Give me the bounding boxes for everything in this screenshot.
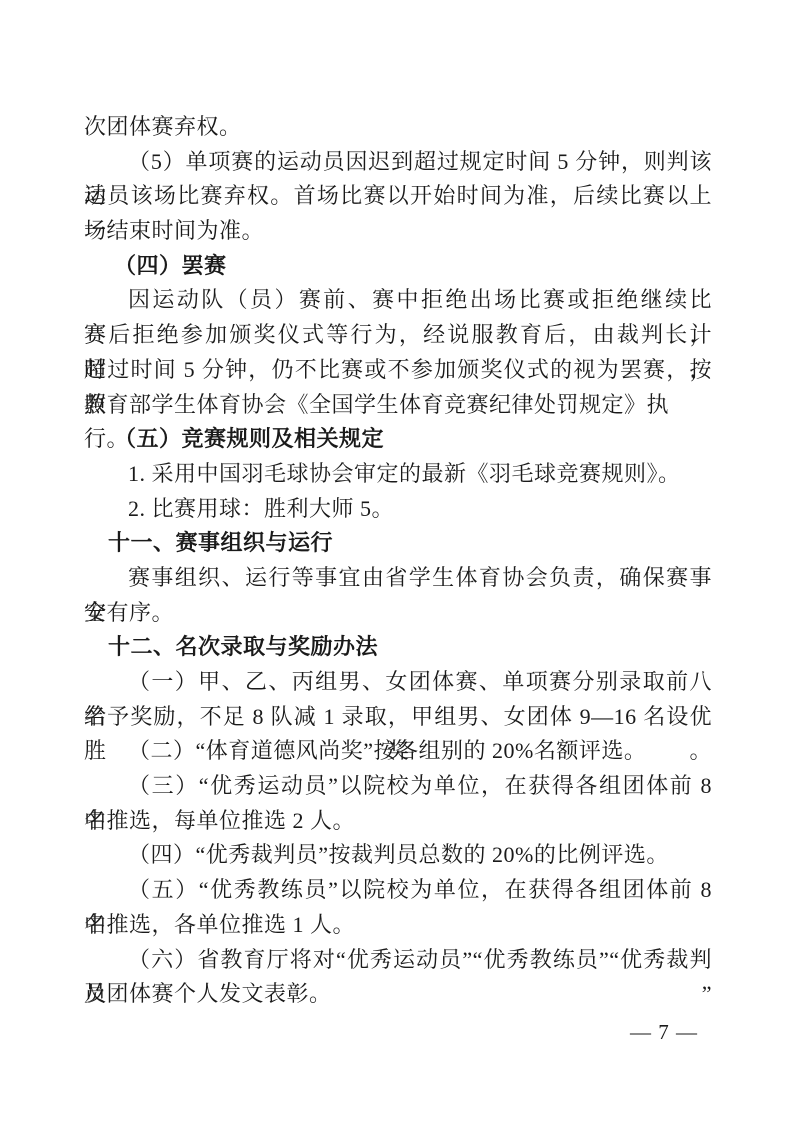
subsection-heading: （五）竞赛规则及相关规定 bbox=[84, 422, 712, 457]
paragraph-line: （六）省教育厅将对“优秀运动员”“优秀教练员”“优秀裁判员” bbox=[84, 943, 712, 978]
paragraph-line: 场结束时间为准。 bbox=[84, 214, 712, 249]
section-heading: 十二、名次录取与奖励办法 bbox=[84, 630, 712, 665]
paragraph-line: 中推选，各单位推选 1 人。 bbox=[84, 908, 712, 943]
page-number: — 7 — bbox=[630, 1015, 698, 1050]
paragraph-line: 2. 比赛用球：胜利大师 5。 bbox=[84, 492, 712, 527]
paragraph-line: 赛后拒绝参加颁奖仪式等行为，经说服教育后，由裁判长计时， bbox=[84, 318, 712, 353]
paragraph-line: 中推选，每单位推选 2 人。 bbox=[84, 804, 712, 839]
paragraph-line: （二）“体育道德风尚奖”按各组别的 20%名额评选。 bbox=[84, 734, 712, 769]
paragraph-line: 1. 采用中国羽毛球协会审定的最新《羽毛球竞赛规则》。 bbox=[84, 457, 712, 492]
subsection-heading: （四）罢赛 bbox=[84, 249, 712, 284]
paragraph-line: 因运动队（员）赛前、赛中拒绝出场比赛或拒绝继续比赛， bbox=[84, 283, 712, 318]
paragraph-line: （五）“优秀教练员”以院校为单位，在获得各组团体前 8 名 bbox=[84, 873, 712, 908]
paragraph-line: 教育部学生体育协会《全国学生体育竞赛纪律处罚规定》执行。 bbox=[84, 388, 712, 423]
paragraph-line: 全有序。 bbox=[84, 596, 712, 631]
paragraph-line: 给予奖励，不足 8 队减 1 录取，甲组男、女团体 9—16 名设优胜奖。 bbox=[84, 700, 712, 735]
paragraph-line: 赛事组织、运行等事宜由省学生体育协会负责，确保赛事安 bbox=[84, 561, 712, 596]
paragraph-line: 动员该场比赛弃权。首场比赛以开始时间为准，后续比赛以上一 bbox=[84, 179, 712, 214]
document-page: 次团体赛弃权。（5）单项赛的运动员因迟到超过规定时间 5 分钟，则判该运动员该场… bbox=[0, 0, 794, 1123]
paragraph-line: （四）“优秀裁判员”按裁判员总数的 20%的比例评选。 bbox=[84, 838, 712, 873]
document-body: 次团体赛弃权。（5）单项赛的运动员因迟到超过规定时间 5 分钟，则判该运动员该场… bbox=[84, 110, 712, 1012]
paragraph-line: 次团体赛弃权。 bbox=[84, 110, 712, 145]
paragraph-line: （5）单项赛的运动员因迟到超过规定时间 5 分钟，则判该运 bbox=[84, 145, 712, 180]
paragraph-line: 超过时间 5 分钟，仍不比赛或不参加颁奖仪式的视为罢赛，按照 bbox=[84, 353, 712, 388]
paragraph-line: （三）“优秀运动员”以院校为单位，在获得各组团体前 8 名 bbox=[84, 769, 712, 804]
paragraph-line: （一）甲、乙、丙组男、女团体赛、单项赛分别录取前八名 bbox=[84, 665, 712, 700]
section-heading: 十一、赛事组织与运行 bbox=[84, 526, 712, 561]
